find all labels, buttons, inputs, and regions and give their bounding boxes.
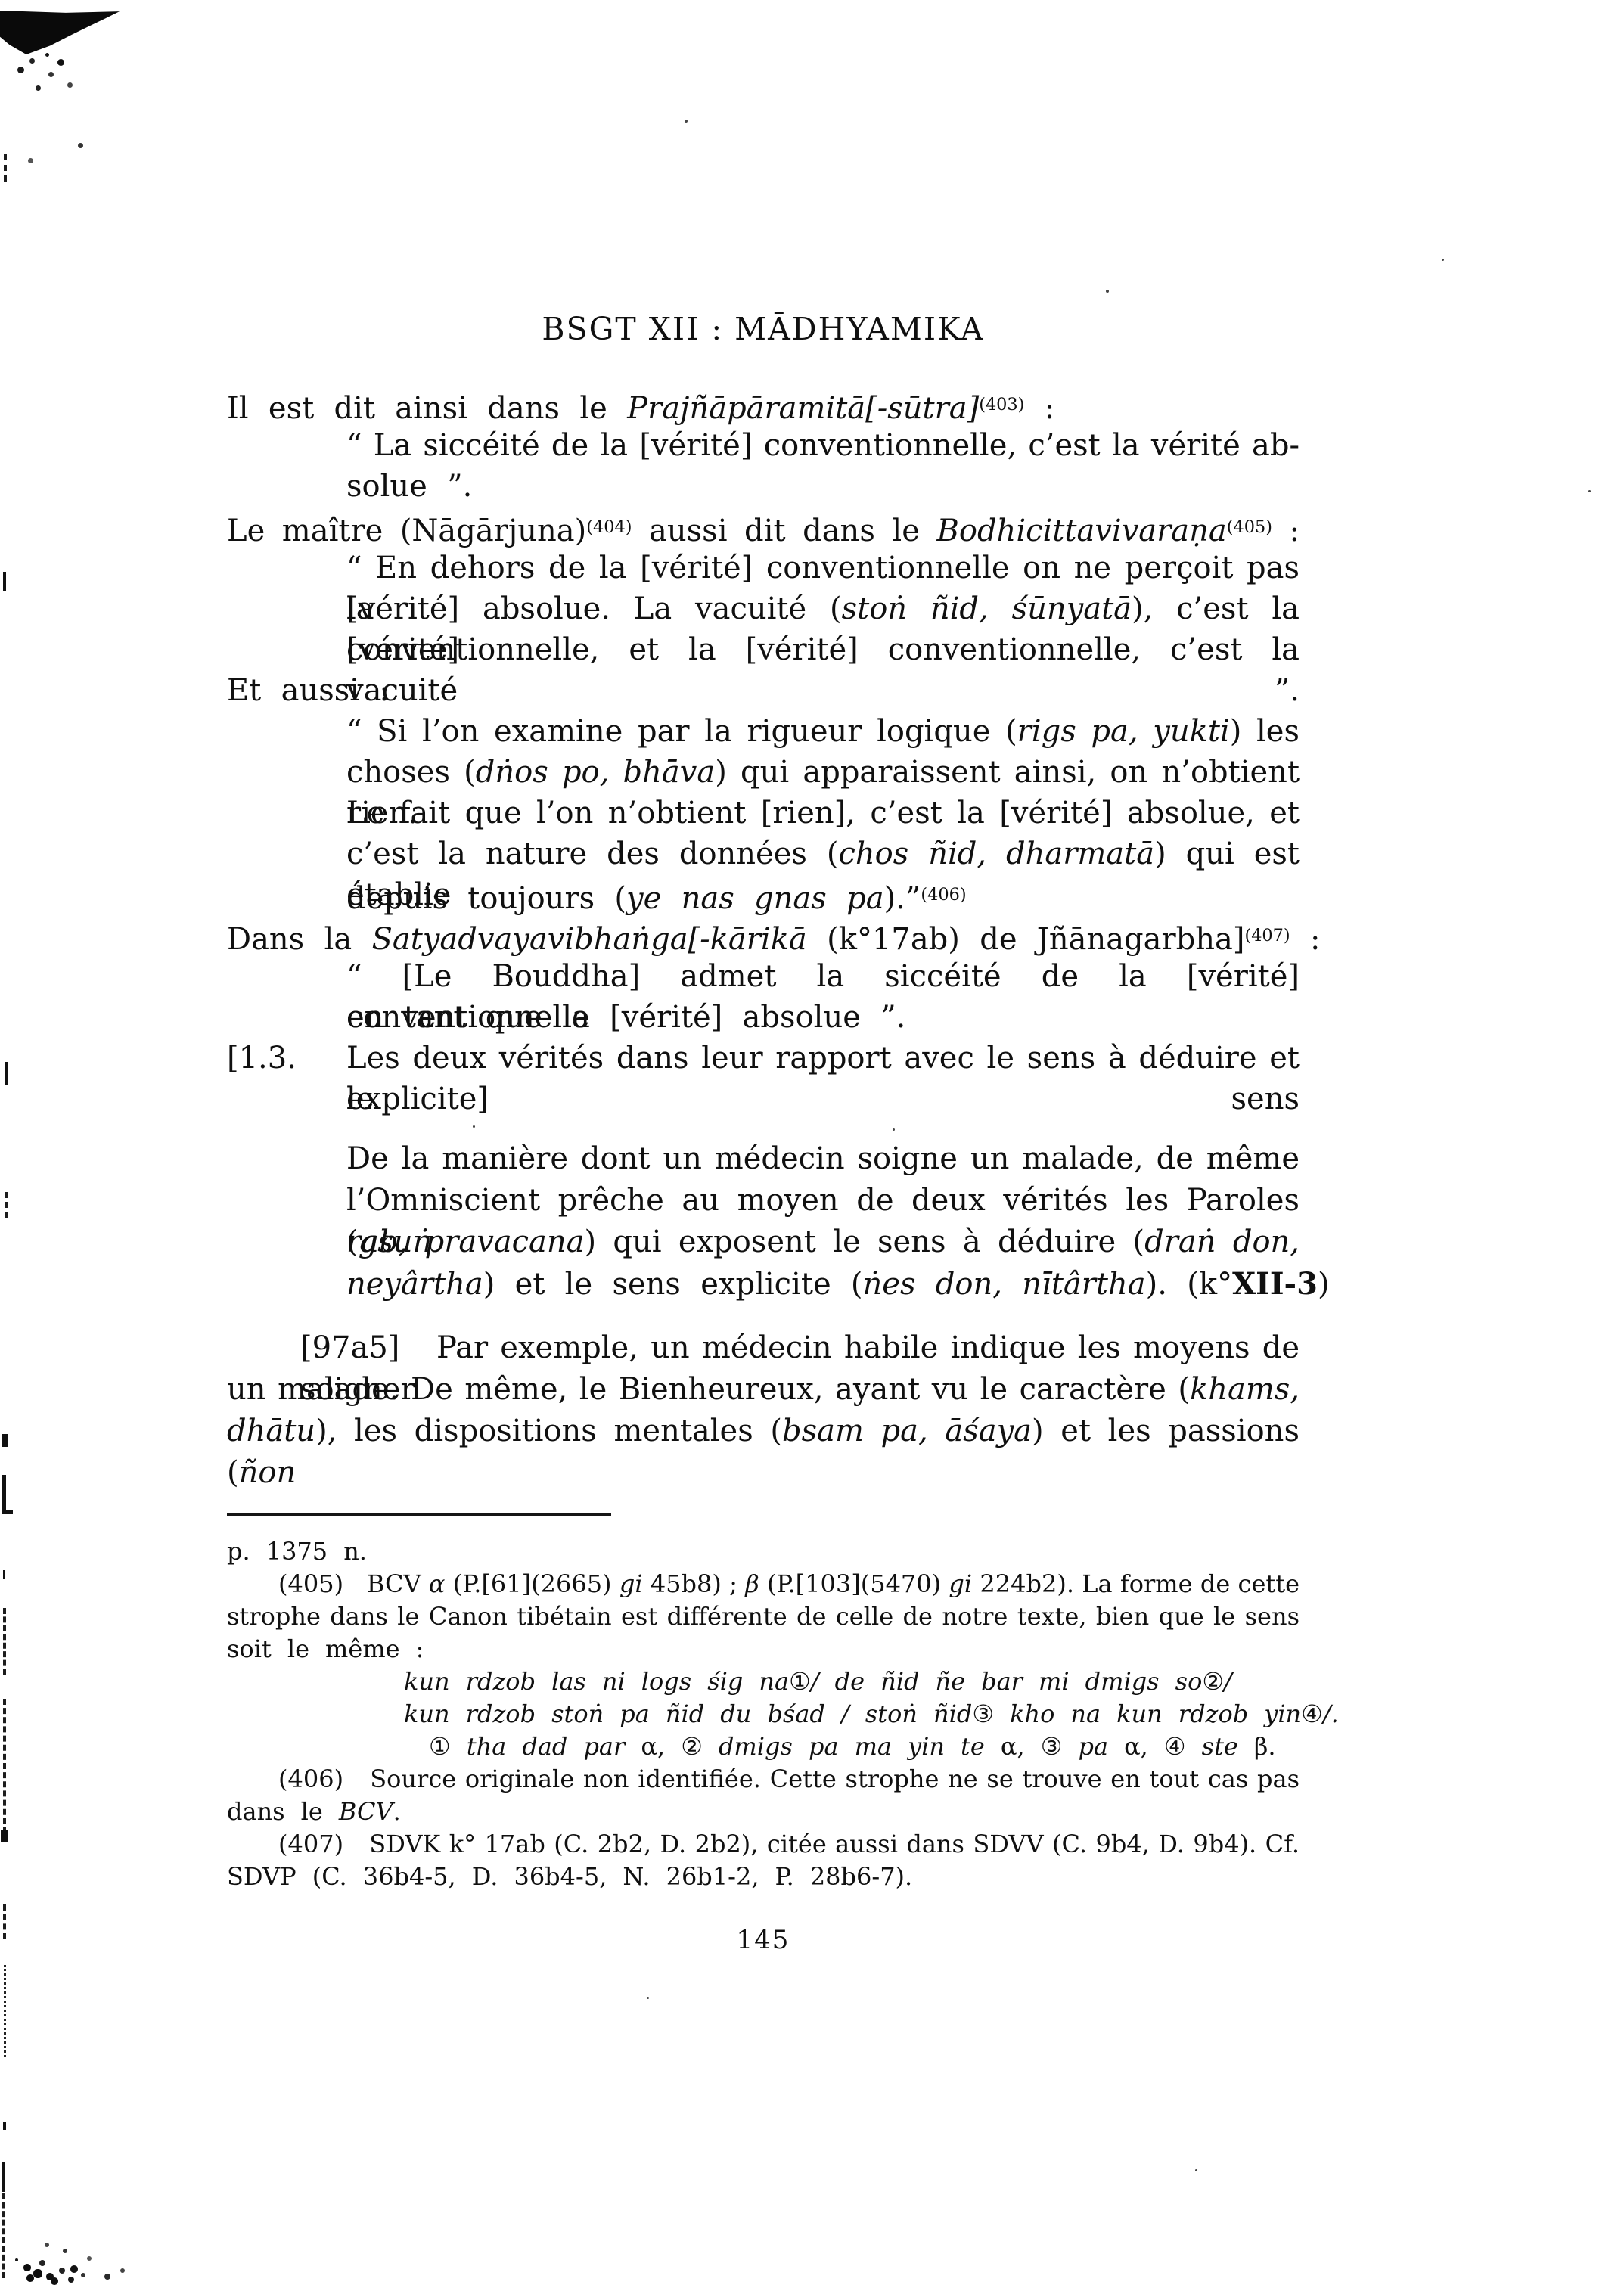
scan-dot	[1195, 2169, 1197, 2171]
text-line: (406) Source originale non identifiée. C…	[227, 1763, 1300, 1796]
scan-dot	[1588, 490, 1591, 492]
scan-edge-mark	[2, 2193, 5, 2278]
scan-edge-mark	[3, 572, 6, 591]
text-line: l’Omniscient prêche au moyen de deux vér…	[227, 1180, 1300, 1222]
text-line: dans le BCV.	[227, 1796, 1300, 1828]
scan-edge-mark	[2, 1510, 13, 1514]
scan-edge-mark	[3, 1570, 5, 1579]
text-line: choses (dṅos po, bhāva) qui apparaissent…	[227, 752, 1300, 793]
page-number: 145	[227, 1925, 1300, 1955]
scan-edge-mark	[2, 1434, 8, 1447]
scan-dot	[647, 1997, 649, 1999]
text-line: p. 1375 n.	[227, 1535, 1300, 1568]
text-line: kun rdzob stoṅ pa ñid du bśad / stoṅ ñid…	[227, 1698, 1300, 1731]
text-line: Le fait que l’on n’obtient [rien], c’est…	[227, 793, 1300, 833]
text-line: Et aussi :	[227, 670, 1300, 711]
text-line: “ Si l’on examine par la rigueur logique…	[227, 711, 1300, 752]
scan-dot	[473, 1125, 475, 1128]
verse-citation-block: De la manière dont un médecin soigne un …	[227, 1138, 1300, 1305]
text-line: Il est dit ainsi dans le Prajñāpāramitā[…	[227, 384, 1300, 425]
text-line: c’est la nature des données (chos ñid, d…	[227, 833, 1300, 874]
scan-edge-mark	[4, 1965, 6, 2057]
text-line: depuis toujours (ye nas gnas pa).”(406)	[227, 874, 1300, 915]
text-line: [vérité] absolue. La vacuité (stoṅ ñid, …	[227, 588, 1300, 629]
scan-edge-mark	[4, 154, 7, 182]
text-line: neyârtha) et le sens explicite (ṅes don,…	[227, 1263, 1300, 1305]
text-line: Dans la Satyadvayavibhaṅga[-kārikā (k°17…	[227, 915, 1300, 956]
scan-dot	[1106, 290, 1109, 293]
footnote-separator	[227, 1513, 611, 1516]
text-line: (405) BCV α (P.[61](2665) gi 45b8) ; β (…	[227, 1568, 1300, 1600]
text-line: solue ”.	[227, 466, 1300, 507]
text-line: [1.3.Les deux vérités dans leur rapport …	[227, 1038, 1300, 1079]
scan-dot	[893, 1128, 895, 1131]
scan-edge-mark	[3, 1699, 6, 1833]
section-label: [1.3.	[227, 1038, 297, 1079]
scan-edge-mark	[2, 1475, 6, 1514]
scan-edge-mark	[5, 1062, 8, 1085]
text-line: “ [Le Bouddha] admet la siccéité de la […	[227, 956, 1300, 997]
text-line: en tant que la [vérité] absolue ”.	[227, 997, 1300, 1038]
scan-ink-blob	[0, 11, 120, 54]
scan-edge-mark	[3, 1904, 6, 1939]
scan-edge-mark	[3, 2122, 6, 2130]
text-line: un malade. De même, le Bienheureux, ayan…	[227, 1369, 1300, 1411]
body-text-block: Il est dit ainsi dans le Prajñāpāramitā[…	[227, 384, 1300, 1119]
scan-edge-mark	[5, 1192, 8, 1218]
scan-dot	[1442, 259, 1444, 261]
text-line: conventionnelle, et la [vérité] conventi…	[227, 629, 1300, 670]
scanned-book-page: BSGT XII : MĀDHYAMIKA Il est dit ainsi d…	[0, 0, 1624, 2294]
text-line: rab, pravacana) qui exposent le sens à d…	[227, 1222, 1300, 1263]
scan-dot	[685, 120, 688, 123]
text-line: De la manière dont un médecin soigne un …	[227, 1138, 1300, 1180]
text-line: explicite]	[227, 1079, 1300, 1119]
text-line: strophe dans le Canon tibétain est diffé…	[227, 1600, 1300, 1633]
text-line: ① tha dad par α, ② dmigs pa ma yin te α,…	[227, 1731, 1300, 1763]
text-line: kun rdzob las ni logs śig na①/ de ñid ñe…	[227, 1665, 1300, 1698]
running-head: BSGT XII : MĀDHYAMIKA	[0, 312, 1526, 346]
text-line: SDVP (C. 36b4-5, D. 36b4-5, N. 26b1-2, P…	[227, 1861, 1300, 1893]
text-line: “ En dehors de la [vérité] conventionnel…	[227, 548, 1300, 588]
text-line: soit le même :	[227, 1633, 1300, 1665]
footnotes-block: p. 1375 n.(405) BCV α (P.[61](2665) gi 4…	[227, 1535, 1300, 1893]
scan-speckle	[15, 2258, 18, 2261]
text-line: “ La siccéité de la [vérité] conventionn…	[227, 425, 1300, 466]
text-line: [97a5] Par exemple, un médecin habile in…	[227, 1327, 1300, 1369]
text-line: Le maître (Nāgārjuna)(404) aussi dit dan…	[227, 507, 1300, 548]
paragraph-block: [97a5] Par exemple, un médecin habile in…	[227, 1327, 1300, 1452]
scan-edge-mark	[2, 2162, 5, 2192]
scan-edge-mark	[3, 1608, 6, 1675]
text-line: (407) SDVK k° 17ab (C. 2b2, D. 2b2), cit…	[227, 1828, 1300, 1861]
scan-edge-mark	[1, 1830, 8, 1842]
text-line: dhātu), les dispositions mentales (bsam …	[227, 1411, 1300, 1452]
scan-ink-spatter	[45, 53, 49, 57]
